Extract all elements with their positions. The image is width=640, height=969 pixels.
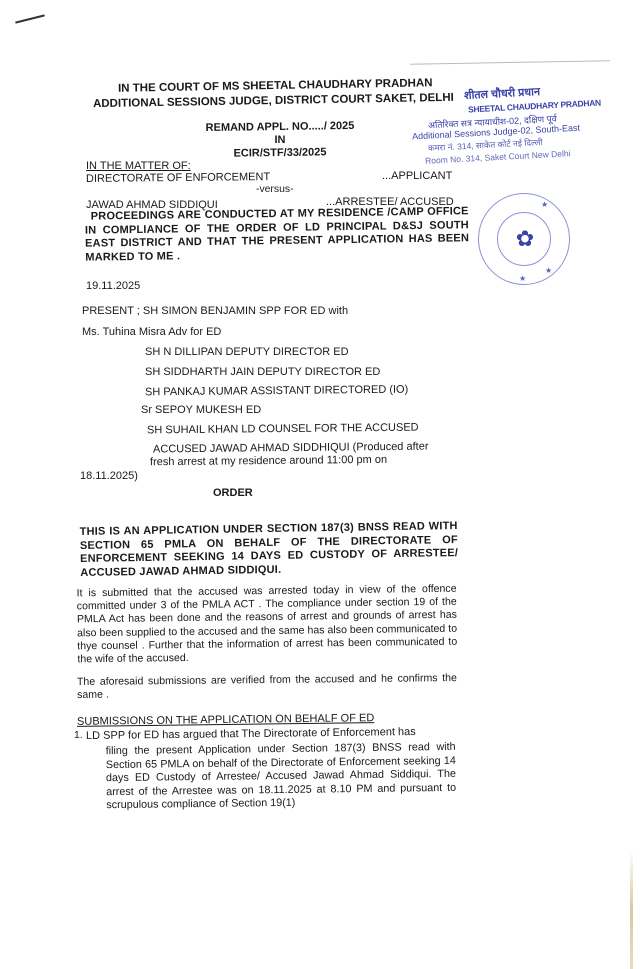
submission-number: 1. — [74, 730, 83, 741]
submission-1-first-line: LD SPP for ED has argued that The Direct… — [86, 726, 416, 742]
page-edge-shadow — [630, 850, 633, 969]
seal-star-icon: ★ — [519, 274, 526, 283]
present-line: Sr SEPOY MUKESH ED — [141, 404, 261, 416]
in-the-matter-of: IN THE MATTER OF: — [86, 160, 191, 172]
proceedings-note: PROCEEDINGS ARE CONDUCTED AT MY RESIDENC… — [85, 205, 470, 264]
present-line: SH N DILLIPAN DEPUTY DIRECTOR ED — [145, 346, 349, 358]
seal-star-icon: ★ — [541, 200, 548, 209]
application-summary: THIS IS AN APPLICATION UNDER SECTION 187… — [80, 520, 459, 580]
stamp-hindi-name: शीतल चौधरी प्रधान — [464, 84, 541, 103]
court-emblem-icon: ✿ — [510, 225, 540, 253]
submission-1-body: filing the present Application under Sec… — [106, 741, 457, 813]
submissions-heading: SUBMISSIONS ON THE APPLICATION ON BEHALF… — [77, 712, 374, 728]
ecir-number: ECIR/STF/33/2025 — [180, 146, 380, 161]
paragraph-verified: The aforesaid submissions are verified f… — [77, 672, 457, 702]
versus-label: -versus- — [256, 184, 294, 195]
present-line: fresh arrest at my residence around 11:0… — [150, 454, 387, 468]
order-date: 19.11.2025 — [86, 280, 140, 292]
present-line: SH PANKAJ KUMAR ASSISTANT DIRECTORED (IO… — [145, 384, 408, 399]
present-line: Ms. Tuhina Misra Adv for ED — [82, 326, 221, 338]
in-label: IN — [180, 134, 380, 146]
court-heading-line-2: ADDITIONAL SESSIONS JUDGE, DISTRICT COUR… — [93, 92, 454, 110]
applicant-name: DIRECTORATE OF ENFORCEMENT — [86, 171, 270, 185]
paragraph-submitted: It is submitted that the accused was arr… — [77, 583, 458, 667]
present-line: SH SUHAIL KHAN LD COUNSEL FOR THE ACCUSE… — [147, 422, 419, 437]
present-line: PRESENT ; SH SIMON BENJAMIN SPP FOR ED w… — [82, 305, 348, 317]
present-line: 18.11.2025) — [80, 470, 138, 482]
applicant-role: ...APPLICANT — [382, 170, 452, 182]
remand-appl-number: REMAND APPL. NO...../ 2025 — [180, 120, 380, 135]
scan-artifact-line — [410, 60, 610, 64]
present-line: ACCUSED JAWAD AHMAD SIDDHIQUI (Produced … — [153, 441, 429, 456]
court-seal: ✿ ★ ★ ★ — [478, 193, 570, 285]
order-heading: ORDER — [213, 487, 253, 499]
present-line: SH SIDDHARTH JAIN DEPUTY DIRECTOR ED — [145, 366, 380, 378]
pen-mark — [15, 14, 45, 23]
court-seal-inner-ring: ✿ — [497, 212, 551, 266]
seal-star-icon: ★ — [545, 266, 552, 275]
